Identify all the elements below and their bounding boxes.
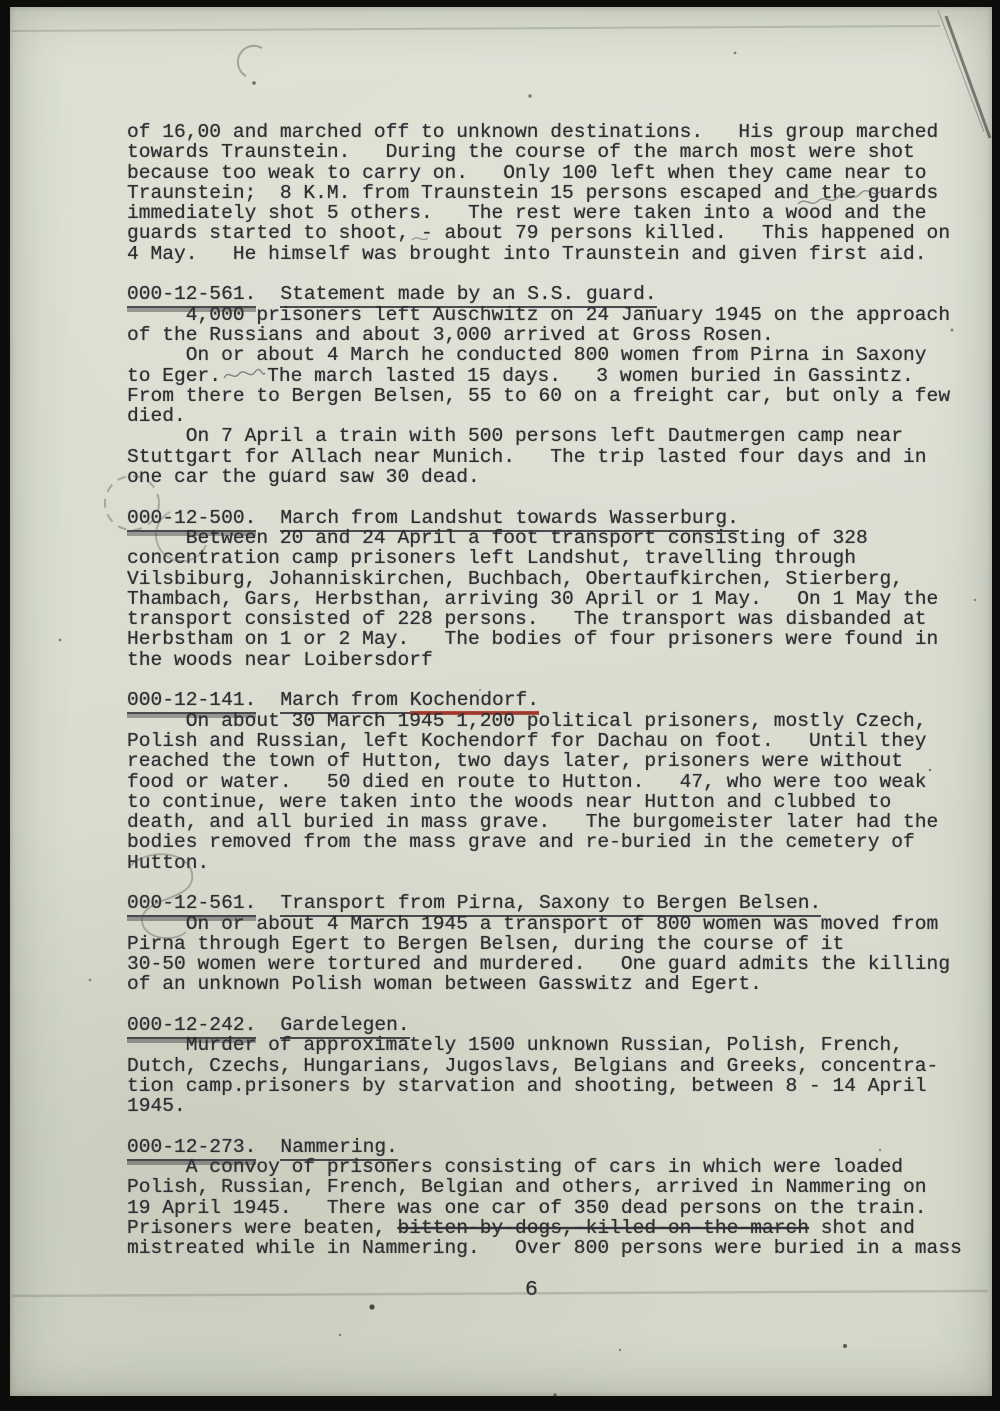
typewritten-text: of 16,00 and marched off to unknown dest… xyxy=(127,122,987,1301)
text-line: Vilsbiburg, Johanniskirchen, Buchbach, O… xyxy=(127,569,987,589)
text-line: On or about 4 March he conducted 800 wom… xyxy=(127,345,987,365)
text-line: guards started to shoot, - about 79 pers… xyxy=(127,223,987,243)
text-fragment: shot and xyxy=(809,1217,915,1239)
text-line: 30-50 women were tortured and murdered. … xyxy=(127,954,987,974)
text-line: reached the town of Hutton, two days lat… xyxy=(127,751,987,771)
report-section: 000-12-242.Gardelegen. Murder of approxi… xyxy=(127,1015,987,1116)
text-line: of 16,00 and marched off to unknown dest… xyxy=(127,122,987,142)
section-heading: 000-12-273.Nammering. xyxy=(127,1137,987,1157)
text-line: Thambach, Gars, Herbsthan, arriving 30 A… xyxy=(127,589,987,609)
text-line: 4 May. He himself was brought into Traun… xyxy=(127,244,987,264)
text-line: Hutton. xyxy=(127,853,987,873)
report-section: 000-12-141.March from Kochendorf. On abo… xyxy=(127,690,987,873)
text-line: Dutch, Czechs, Hungarians, Jugoslavs, Be… xyxy=(127,1056,987,1076)
text-line: 19 April 1945. There was one car of 350 … xyxy=(127,1198,987,1218)
text-line: From there to Bergen Belsen, 55 to 60 on… xyxy=(127,386,987,406)
text-line: A convoy of prisoners consisting of cars… xyxy=(127,1157,987,1177)
text-line: On about 30 March 1945 1,200 political p… xyxy=(127,711,987,731)
text-line: mistreated while in Nammering. Over 800 … xyxy=(127,1238,987,1258)
text-line: of an unknown Polish woman between Gassw… xyxy=(127,974,987,994)
report-section: 000-12-273.Nammering. A convoy of prison… xyxy=(127,1137,987,1259)
text-line: Murder of approximately 1500 unknown Rus… xyxy=(127,1035,987,1055)
text-line: On or about 4 March 1945 a transport of … xyxy=(127,914,987,934)
text-line: to continue, were taken into the woods n… xyxy=(127,792,987,812)
text-line: bodies removed from the mass grave and r… xyxy=(127,832,987,852)
report-sections: 000-12-561.Statement made by an S.S. gua… xyxy=(127,284,987,1258)
text-line: Polish, Russian, French, Belgian and oth… xyxy=(127,1177,987,1197)
text-line: Polish and Russian, left Kochendorf for … xyxy=(127,731,987,751)
text-line: food or water. 50 died en route to Hutto… xyxy=(127,772,987,792)
text-line: the woods near Loibersdorf xyxy=(127,650,987,670)
text-line: 1945. xyxy=(127,1096,987,1116)
text-line: tion camp.prisoners by starvation and sh… xyxy=(127,1076,987,1096)
text-line: death, and all buried in mass grave. The… xyxy=(127,812,987,832)
report-section: 000-12-500.March from Landshut towards W… xyxy=(127,508,987,670)
intro-paragraph: of 16,00 and marched off to unknown dest… xyxy=(127,122,987,264)
text-fragment: to Eger. xyxy=(127,365,221,387)
page-number: 6 xyxy=(127,1279,987,1301)
text-line: to Eger. The march lasted 15 days. 3 wom… xyxy=(127,366,987,386)
text-line: 4,000 prisoners left Auschwitz on 24 Jan… xyxy=(127,305,987,325)
text-line: Between 20 and 24 April a foot transport… xyxy=(127,528,987,548)
report-section: 000-12-561.Statement made by an S.S. gua… xyxy=(127,284,987,487)
text-line: Herbstham on 1 or 2 May. The bodies of f… xyxy=(127,629,987,649)
text-line: concentration camp prisoners left Landsh… xyxy=(127,548,987,568)
document-page: of 16,00 and marched off to unknown dest… xyxy=(10,7,992,1396)
text-line: of the Russians and about 3,000 arrived … xyxy=(127,325,987,345)
section-heading: 000-12-500.March from Landshut towards W… xyxy=(127,508,987,528)
section-heading: 000-12-561.Transport from Pirna, Saxony … xyxy=(127,893,987,913)
text-line: one car the guard saw 30 dead. xyxy=(127,467,987,487)
text-line: transport consisted of 228 persons. The … xyxy=(127,609,987,629)
text-line: Pirna through Egert to Bergen Belsen, du… xyxy=(127,934,987,954)
text-line: immediately shot 5 others. The rest were… xyxy=(127,203,987,223)
handwritten-annotation xyxy=(221,367,267,383)
scan-background: of 16,00 and marched off to unknown dest… xyxy=(0,0,1000,1411)
text-line: Prisoners were beaten, bitten-by-dogs,-k… xyxy=(127,1218,987,1238)
report-section: 000-12-561.Transport from Pirna, Saxony … xyxy=(127,893,987,994)
text-line: died. xyxy=(127,406,987,426)
text-line: Traunstein; 8 K.M. from Traunstein 15 pe… xyxy=(127,183,987,203)
text-line: On 7 April a train with 500 persons left… xyxy=(127,426,987,446)
struck-through-text: bitten-by-dogs,-killed-on-the-march xyxy=(397,1217,809,1239)
section-heading: 000-12-242.Gardelegen. xyxy=(127,1015,987,1035)
text-line: because too weak to carry on. Only 100 l… xyxy=(127,163,987,183)
section-heading: 000-12-141.March from Kochendorf. xyxy=(127,690,987,710)
text-line: towards Traunstein. During the course of… xyxy=(127,142,987,162)
text-line: Stuttgart for Allach near Munich. The tr… xyxy=(127,447,987,467)
text-fragment: The march lasted 15 days. 3 women buried… xyxy=(267,365,914,387)
section-heading: 000-12-561.Statement made by an S.S. gua… xyxy=(127,284,987,304)
text-fragment: March from xyxy=(280,689,409,711)
text-fragment: Prisoners were beaten, xyxy=(127,1217,397,1239)
red-underlined-word: Kochendorf. xyxy=(410,689,539,711)
